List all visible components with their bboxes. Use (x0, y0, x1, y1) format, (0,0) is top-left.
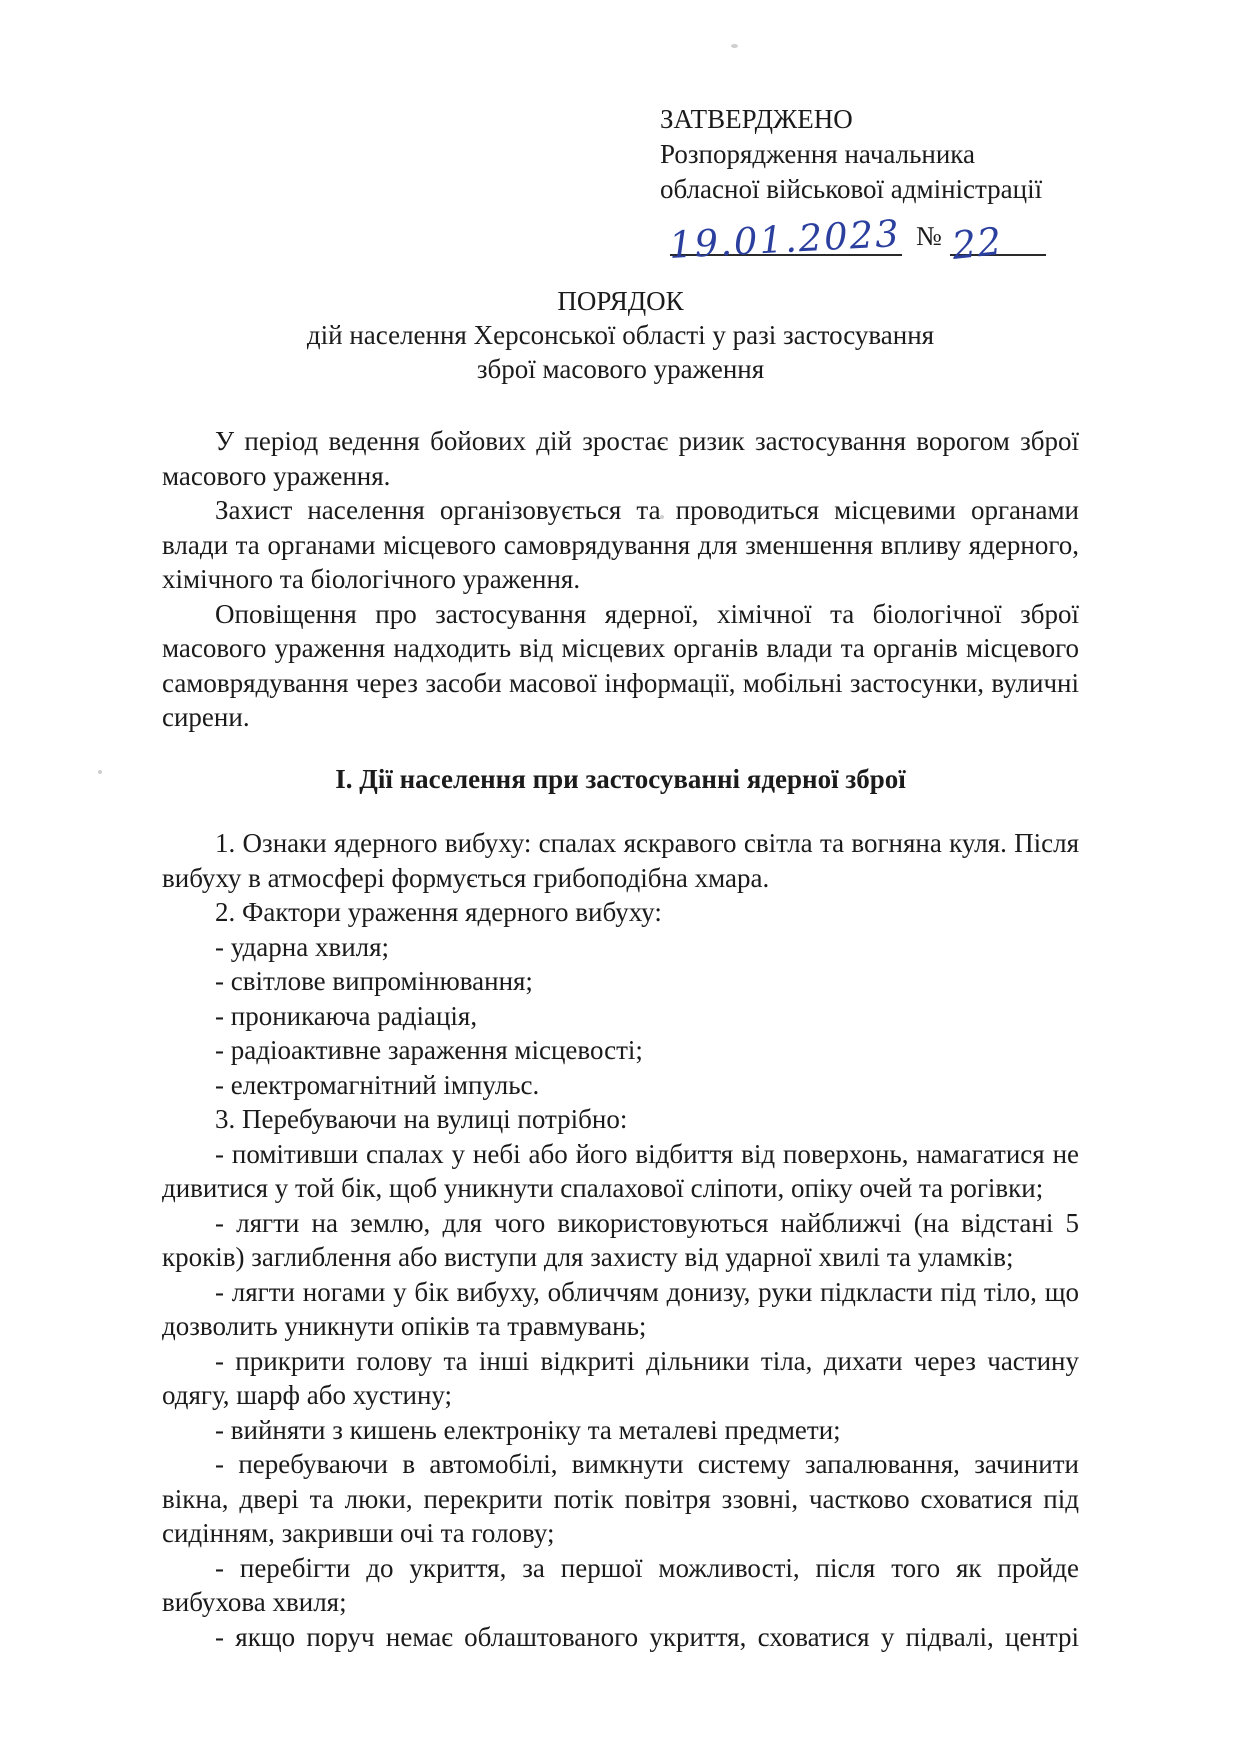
dash-list-item: - перебігти до укриття, за першої можлив… (162, 1551, 1079, 1620)
scan-speckle (98, 770, 102, 774)
dash-list-item: - лягти ногами у бік вибуху, обличчям до… (162, 1275, 1079, 1344)
scan-speckle (731, 44, 738, 48)
handwritten-date: 19.01.2023 (668, 216, 901, 263)
handwritten-number: 22 (950, 224, 1004, 264)
dash-list-item: - лягти на землю, для чого використовуют… (162, 1206, 1079, 1275)
intro-paragraph: У період ведення бойових дій зростає риз… (162, 424, 1079, 493)
dash-list-item: - світлове випромінювання; (162, 964, 1079, 999)
document-body: У період ведення бойових дій зростає риз… (162, 424, 1079, 1654)
dash-list-item: - проникаюча радіація, (162, 999, 1079, 1034)
dash-list-item: - вийняти з кишень електроніку та метале… (162, 1413, 1079, 1448)
document-title-line3: зброї масового ураження (162, 352, 1079, 386)
dash-list-item: - помітивши спалах у небі або його відби… (162, 1137, 1079, 1206)
approval-issuer-line1: Розпорядження начальника (660, 137, 1100, 172)
number-underline: 22 (950, 222, 1046, 256)
document-title-line2: дій населення Херсонської області у разі… (162, 318, 1079, 352)
numbered-item: 2. Фактори ураження ядерного вибуху: (162, 895, 1079, 930)
dash-list-item: - ударна хвиля; (162, 930, 1079, 965)
approval-stamp: ЗАТВЕРДЖЕНО (660, 102, 1100, 137)
document-page: ЗАТВЕРДЖЕНО Розпорядження начальника обл… (0, 0, 1240, 1754)
approval-signature-row: 19.01.2023№22 (660, 219, 1100, 261)
dash-list-item: - перебуваючи в автомобілі, вимкнути сис… (162, 1447, 1079, 1551)
dash-list-item: - прикрити голову та інші відкриті дільн… (162, 1344, 1079, 1413)
numbered-item: 3. Перебуваючи на вулиці потрібно: (162, 1102, 1079, 1137)
document-title-word: ПОРЯДОК (162, 284, 1079, 318)
intro-paragraph: Оповіщення про застосування ядерної, хім… (162, 597, 1079, 735)
approval-block: ЗАТВЕРДЖЕНО Розпорядження начальника обл… (660, 102, 1100, 261)
dash-list-item-continued: - якщо поруч немає облаштованого укриття… (162, 1620, 1079, 1655)
dash-list-item: - радіоактивне зараження місцевості; (162, 1033, 1079, 1068)
number-sign: № (916, 219, 942, 256)
section-1-heading: І. Дії населення при застосуванні ядерно… (162, 762, 1079, 797)
approval-issuer-line2: обласної військової адміністрації (660, 172, 1100, 207)
intro-paragraph: Захист населення організовується та пров… (162, 493, 1079, 597)
numbered-item: 1. Ознаки ядерного вибуху: спалах яскрав… (162, 826, 1079, 895)
dash-list-item: - електромагнітний імпульс. (162, 1068, 1079, 1103)
document-title: ПОРЯДОК дій населення Херсонської област… (162, 284, 1079, 386)
date-underline: 19.01.2023 (670, 222, 902, 256)
